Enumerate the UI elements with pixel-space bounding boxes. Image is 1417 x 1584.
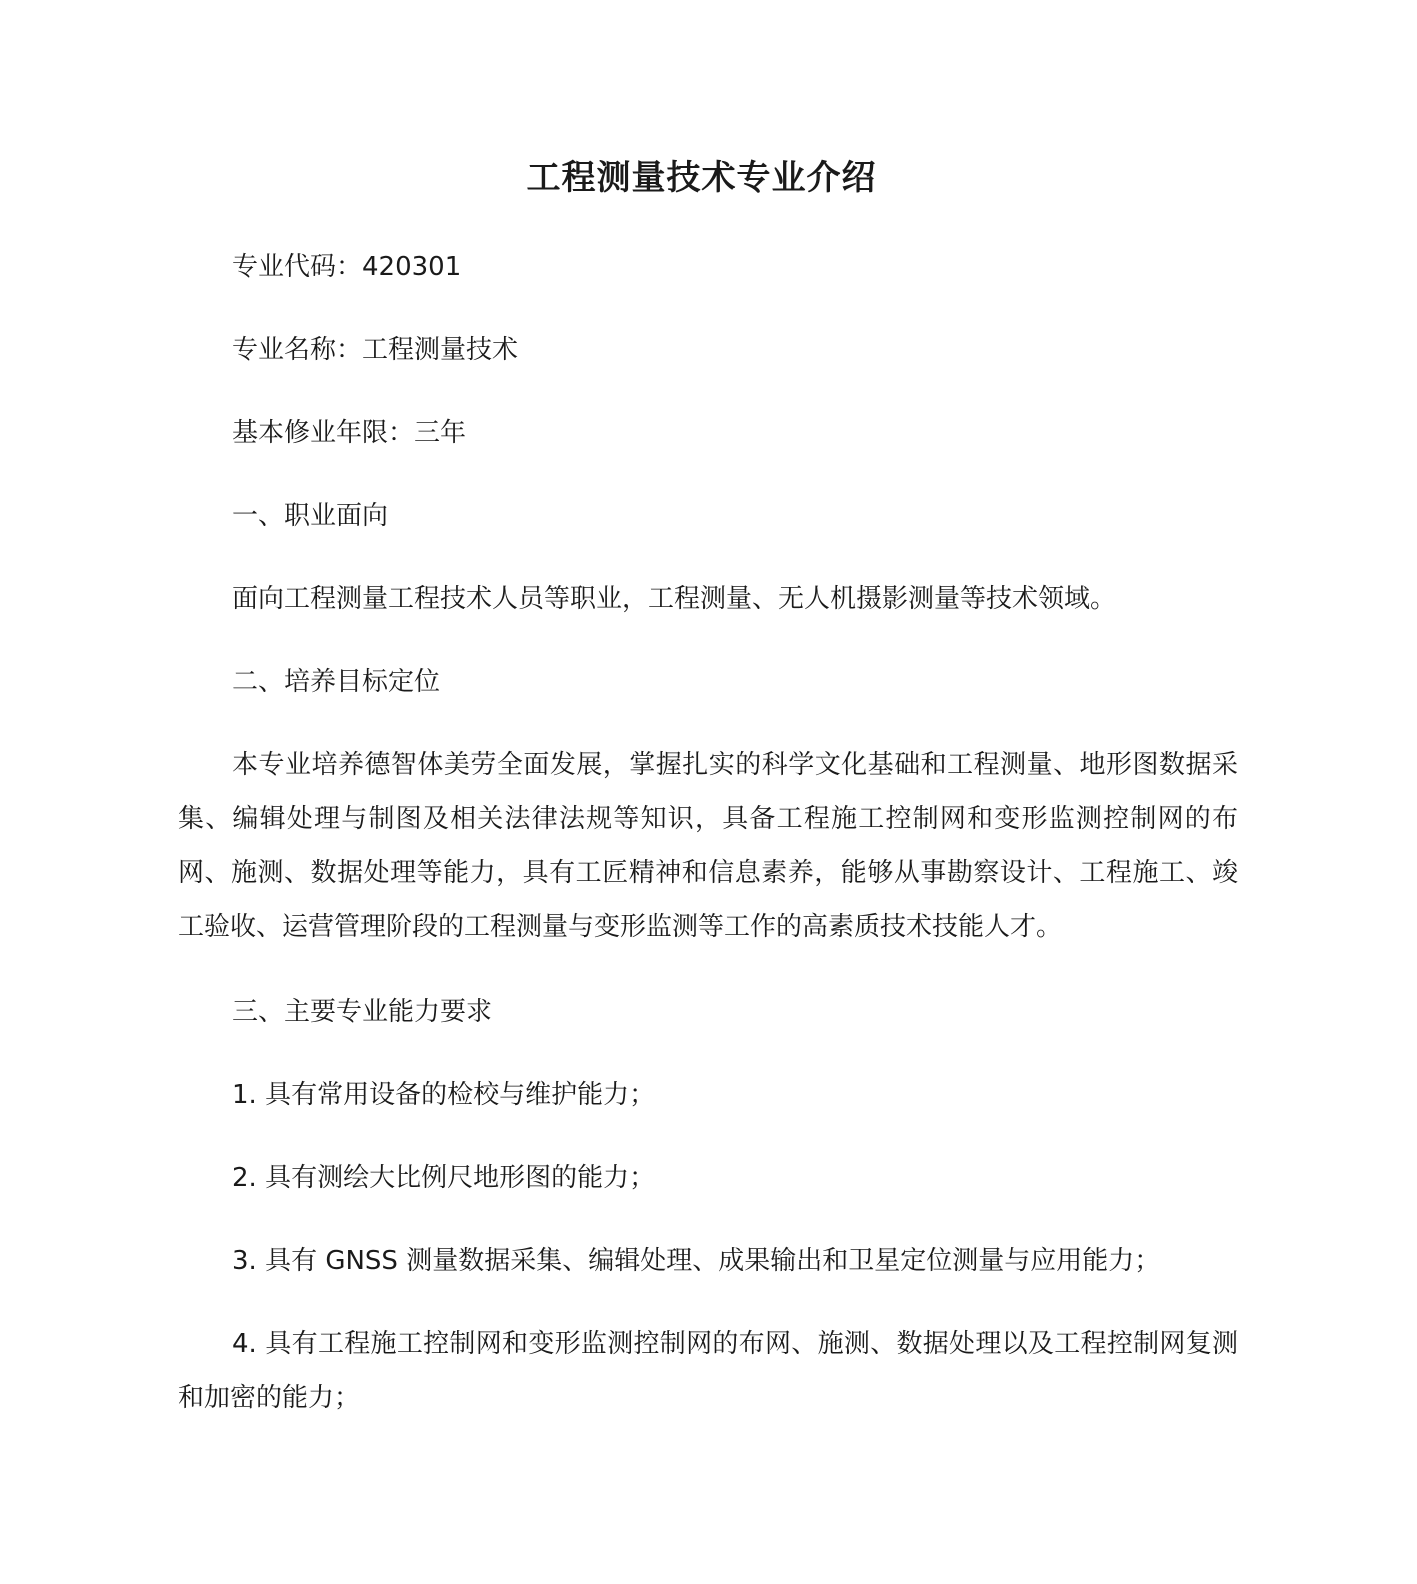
ability-item: 3. 具有 GNSS 测量数据采集、编辑处理、成果输出和卫星定位测量与应用能力； — [178, 1234, 1238, 1288]
section-body-objective: 本专业培养德智体美劳全面发展，掌握扎实的科学文化基础和工程测量、地形图数据采集、… — [178, 738, 1238, 954]
major-code: 专业代码：420301 — [178, 240, 1238, 294]
section-body-career: 面向工程测量工程技术人员等职业，工程测量、无人机摄影测量等技术领域。 — [178, 572, 1238, 626]
document-title: 工程测量技术专业介绍 — [0, 150, 1403, 199]
study-duration: 基本修业年限：三年 — [178, 406, 1238, 460]
section-heading-career: 一、职业面向 — [178, 489, 1238, 543]
ability-item: 1. 具有常用设备的检校与维护能力； — [178, 1068, 1238, 1122]
section-heading-objective: 二、培养目标定位 — [178, 655, 1238, 709]
section-heading-abilities: 三、主要专业能力要求 — [178, 985, 1238, 1039]
major-name: 专业名称：工程测量技术 — [178, 323, 1238, 377]
ability-item: 4. 具有工程施工控制网和变形监测控制网的布网、施测、数据处理以及工程控制网复测… — [178, 1317, 1238, 1425]
ability-item: 2. 具有测绘大比例尺地形图的能力； — [178, 1151, 1238, 1205]
